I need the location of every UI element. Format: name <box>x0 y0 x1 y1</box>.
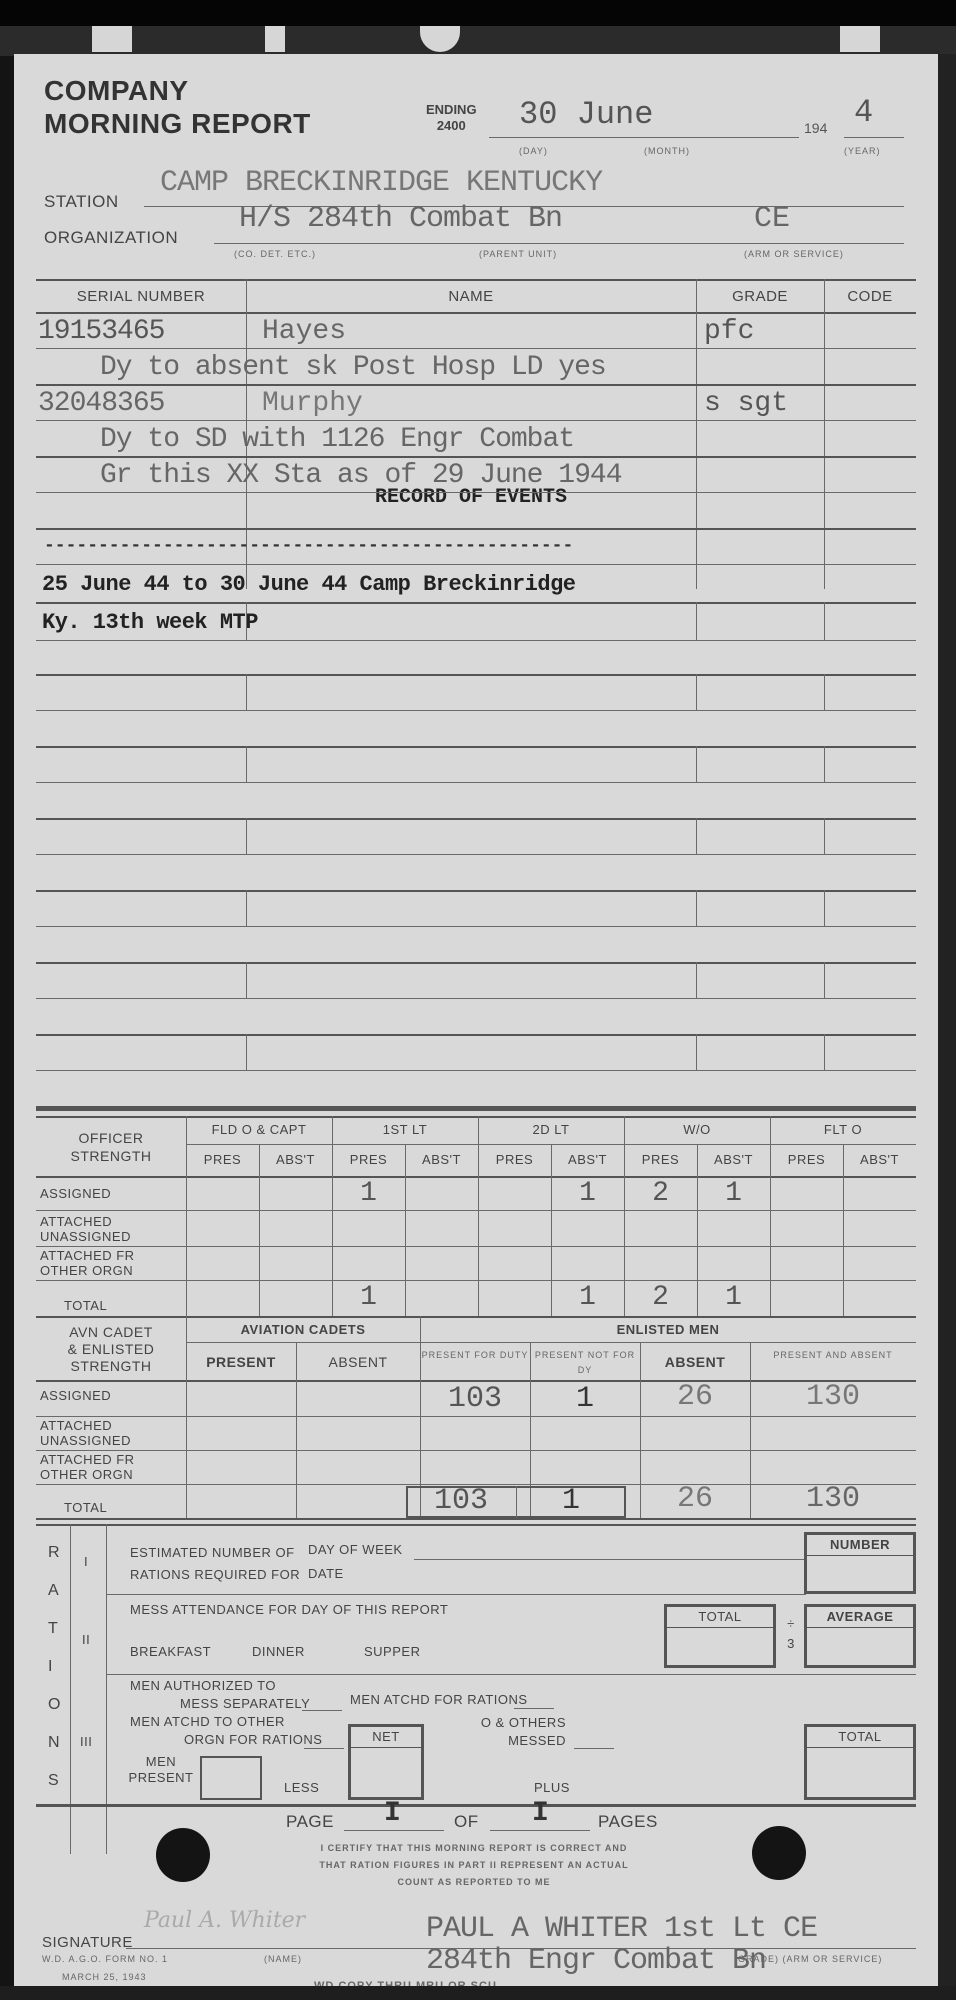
entry-serial[interactable]: 19153465 <box>38 316 164 347</box>
col-rule <box>186 1116 187 1316</box>
group-enlisted-men: ENLISTED MEN <box>420 1322 916 1337</box>
box-divider <box>351 1747 421 1748</box>
blank-line <box>574 1748 614 1749</box>
film-notch <box>92 26 132 52</box>
col-rule <box>824 674 825 710</box>
col-rule <box>246 1034 247 1070</box>
row-label-attached-fr-other: ATTACHED FR OTHER ORGN <box>40 1248 160 1278</box>
enlisted-bottom-rule <box>36 1518 916 1520</box>
sub-abst: ABS'T <box>697 1152 770 1167</box>
part-i-label-2: RATIONS REQUIRED FOR <box>130 1564 300 1586</box>
blank-row-rule <box>36 854 916 855</box>
col-rule <box>824 602 825 640</box>
col-rule-code <box>824 279 825 589</box>
certify-line-2: THAT RATION FIGURES IN PART II REPRESENT… <box>244 1857 704 1874</box>
blank-row-rule <box>36 746 916 748</box>
year-value[interactable]: 4 <box>854 94 873 131</box>
organization-label: ORGANIZATION <box>44 228 178 248</box>
entry-remark[interactable]: Dy to absent sk Post Hosp LD yes <box>100 352 606 383</box>
mess-attendance-label: MESS ATTENDANCE FOR DAY OF THIS REPORT <box>130 1602 448 1617</box>
net-box-label: NET <box>351 1729 421 1744</box>
name-caption: (NAME) <box>264 1954 302 1964</box>
sub-pres: PRES <box>624 1152 697 1167</box>
page-number[interactable]: I <box>384 1798 401 1829</box>
certify-line-3: COUNT AS REPORTED TO ME <box>244 1874 704 1891</box>
enlisted-title-2: & ENLISTED <box>36 1341 186 1358</box>
value-present-not-for-dy-assigned[interactable]: 1 <box>530 1382 640 1416</box>
col-rule <box>246 890 247 926</box>
film-notch <box>265 26 285 52</box>
mess-average-box[interactable]: AVERAGE <box>804 1604 916 1668</box>
certify-line-1: I CERTIFY THAT THIS MORNING REPORT IS CO… <box>244 1840 704 1857</box>
year-prefix: 194 <box>804 120 827 136</box>
col-rule <box>824 890 825 926</box>
col-rule <box>770 1116 771 1316</box>
parent-unit-caption: (PARENT UNIT) <box>479 249 557 259</box>
punch-hole-left <box>156 1828 210 1882</box>
divisor: 3 <box>778 1634 804 1654</box>
film-border-top <box>0 0 956 26</box>
rations-letter: I <box>48 1658 53 1676</box>
col-rule <box>696 746 697 782</box>
ending-label: ENDING 2400 <box>426 102 477 134</box>
form-title-line1: COMPANY <box>44 74 311 107</box>
part-rule <box>106 1594 806 1595</box>
rations-letter: O <box>48 1696 61 1714</box>
part-i-label-1: ESTIMATED NUMBER OF <box>130 1542 300 1564</box>
station-label: STATION <box>44 192 119 212</box>
form-number: W.D. A.G.O. FORM NO. 1 <box>42 1954 168 1964</box>
sub-absent: ABSENT <box>640 1354 750 1370</box>
blank-row-rule <box>36 926 916 927</box>
part-rule <box>106 1674 916 1675</box>
box-divider <box>807 1627 913 1628</box>
group-aviation-cadets: AVIATION CADETS <box>186 1322 420 1337</box>
dash-separator: ----------------------------------------… <box>44 536 573 556</box>
enlisted-title-3: STRENGTH <box>36 1358 186 1375</box>
entry-serial[interactable]: 32048365 <box>38 388 164 419</box>
handwritten-signature: Paul A. Whiter <box>144 1908 305 1933</box>
average-box-label: AVERAGE <box>807 1609 913 1624</box>
rations-letter: A <box>48 1582 59 1600</box>
ending-label-1: ENDING <box>426 102 477 118</box>
sub-pres: PRES <box>478 1152 551 1167</box>
col-rule <box>186 1316 187 1518</box>
table-top-rule <box>36 279 916 281</box>
row-rule <box>36 492 916 493</box>
punch-hole-right <box>752 1826 806 1880</box>
breakfast-label: BREAKFAST <box>130 1644 211 1659</box>
col-rule <box>696 818 697 854</box>
blank-row-rule <box>36 962 916 964</box>
rations-letter: R <box>48 1544 60 1562</box>
men-atchd-other-label-1: MEN ATCHD TO OTHER <box>130 1714 285 1729</box>
organization-value[interactable]: H/S 284th Combat Bn <box>239 202 562 236</box>
blank-line <box>302 1710 342 1711</box>
form-date: MARCH 25, 1943 <box>62 1972 147 1982</box>
group-1st-lt: 1ST LT <box>332 1122 478 1137</box>
entry-remark[interactable]: Dy to SD with 1126 Engr Combat <box>100 424 574 455</box>
men-present-2: PRESENT <box>126 1770 196 1786</box>
morning-report-form: COMPANY MORNING REPORT ENDING 2400 30 Ju… <box>14 54 938 1986</box>
officer-bottom-rule <box>36 1316 916 1318</box>
net-box[interactable]: NET <box>348 1724 424 1800</box>
part-i-numeral: I <box>84 1554 88 1569</box>
value-absent-assigned[interactable]: 26 <box>640 1380 750 1414</box>
men-present-label: MEN PRESENT <box>126 1754 196 1786</box>
value-wo-abst-total[interactable]: 1 <box>697 1282 770 1313</box>
value-1st-lt-pres-assigned[interactable]: 1 <box>332 1178 405 1209</box>
row-label-attached-unassigned: ATTACHED UNASSIGNED <box>40 1418 160 1448</box>
group-flt-o: FLT O <box>770 1122 916 1137</box>
header-serial-number: SERIAL NUMBER <box>36 288 246 305</box>
ending-underline <box>489 137 799 138</box>
part-i-label: ESTIMATED NUMBER OF RATIONS REQUIRED FOR <box>130 1542 300 1586</box>
record-of-events-heading: RECORD OF EVENTS <box>246 486 696 509</box>
value-2d-lt-abst-assigned[interactable]: 1 <box>551 1178 624 1209</box>
officer-title-2: STRENGTH <box>36 1147 186 1165</box>
blank-row-rule <box>36 818 916 820</box>
entry-name[interactable]: Murphy <box>262 388 363 419</box>
event-line[interactable]: Ky. 13th week MTP <box>42 610 258 635</box>
station-value[interactable]: CAMP BRECKINRIDGE KENTUCKY <box>160 166 602 200</box>
signature-label: SIGNATURE <box>42 1934 133 1951</box>
row-rule <box>36 1246 916 1247</box>
row-label-total: TOTAL <box>64 1500 107 1515</box>
sub-present-not-for-dy: PRESENT NOT FOR DY <box>530 1348 640 1378</box>
men-present-1: MEN <box>126 1754 196 1770</box>
divide-by-three: ÷ 3 <box>778 1614 804 1654</box>
rations-top-rule <box>36 1524 916 1526</box>
ending-date-value[interactable]: 30 June <box>519 96 653 133</box>
rations-total-label: TOTAL <box>807 1729 913 1744</box>
header-grade: GRADE <box>696 288 824 305</box>
value-present-and-absent-assigned[interactable]: 130 <box>750 1380 916 1414</box>
col-rule <box>246 746 247 782</box>
blank-line <box>304 1748 344 1749</box>
officer-top-rule <box>36 1116 916 1118</box>
col-rule <box>478 1116 479 1316</box>
group-fld-o-capt: FLD O & CAPT <box>186 1122 332 1137</box>
month-caption: (MONTH) <box>644 146 690 156</box>
col-rule <box>246 962 247 998</box>
row-rule <box>36 456 916 458</box>
men-authorized-label-2: MESS SEPARATELY <box>180 1696 310 1711</box>
row-label-total: TOTAL <box>64 1298 107 1313</box>
value-present-not-for-dy-total[interactable]: 1 <box>516 1484 626 1518</box>
entry-name[interactable]: Hayes <box>262 316 346 347</box>
row-rule <box>36 602 916 604</box>
row-rule <box>36 640 916 641</box>
row-rule <box>36 1450 916 1451</box>
blank-row-rule <box>36 1034 916 1036</box>
rations-number-box[interactable]: NUMBER <box>804 1532 916 1594</box>
col-rule <box>696 602 697 640</box>
film-notch <box>840 26 880 52</box>
value-absent-total[interactable]: 26 <box>640 1482 750 1516</box>
sub-abst: ABS'T <box>259 1152 332 1167</box>
sub-abst: ABS'T <box>405 1152 478 1167</box>
part-ii-numeral: II <box>82 1632 90 1647</box>
less-label: LESS <box>284 1780 319 1795</box>
sub-abst: ABS'T <box>551 1152 624 1167</box>
sub-present-and-absent: PRESENT AND ABSENT <box>750 1348 916 1363</box>
col-rule-grade <box>696 279 697 589</box>
col-rule <box>824 746 825 782</box>
total-pages[interactable]: I <box>532 1798 549 1829</box>
box-divider <box>807 1555 913 1556</box>
date-label: DATE <box>308 1566 344 1581</box>
group-wo: W/O <box>624 1122 770 1137</box>
certification-text: I CERTIFY THAT THIS MORNING REPORT IS CO… <box>244 1840 704 1891</box>
pages-label: PAGES <box>598 1812 658 1832</box>
pages-underline <box>490 1830 590 1831</box>
col-rule <box>696 674 697 710</box>
header-name: NAME <box>246 288 696 305</box>
men-present-box[interactable] <box>200 1756 262 1800</box>
row-rule <box>36 528 916 530</box>
col-rule <box>405 1144 406 1316</box>
blank-row-rule <box>36 890 916 892</box>
film-band <box>0 26 956 56</box>
of-label: OF <box>454 1812 479 1832</box>
sub-cadets-absent: ABSENT <box>296 1354 420 1370</box>
sub-cadets-present: PRESENT <box>186 1354 296 1370</box>
film-border-bottom <box>0 1986 956 2000</box>
rations-total-box[interactable]: TOTAL <box>804 1724 916 1800</box>
arm-of-service-value[interactable]: CE <box>754 202 790 236</box>
blank-row-rule <box>36 1070 916 1071</box>
enlisted-title-1: AVN CADET <box>36 1324 186 1341</box>
enlisted-strength-title: AVN CADET & ENLISTED STRENGTH <box>36 1324 186 1375</box>
value-wo-pres-assigned[interactable]: 2 <box>624 1178 697 1209</box>
col-rule <box>246 674 247 710</box>
men-atchd-rations-label: MEN ATCHD FOR RATIONS <box>350 1692 528 1707</box>
day-of-week-line <box>414 1559 804 1560</box>
officer-strength-title: OFFICER STRENGTH <box>36 1129 186 1165</box>
value-present-for-duty-total[interactable]: 103 <box>406 1484 516 1518</box>
row-rule <box>36 420 916 421</box>
row-rule <box>36 384 916 386</box>
number-box-label: NUMBER <box>807 1537 913 1552</box>
sub-pres: PRES <box>332 1152 405 1167</box>
entry-grade[interactable]: pfc <box>704 316 754 347</box>
co-det-caption: (CO. DET. ETC.) <box>234 249 316 259</box>
men-atchd-other-label-2: ORGN FOR RATIONS <box>184 1732 322 1747</box>
men-authorized-label-1: MEN AUTHORIZED TO <box>130 1678 276 1693</box>
row-rule <box>36 1210 916 1211</box>
part-iii-numeral: III <box>80 1734 92 1749</box>
sub-present-for-duty: PRESENT FOR DUTY <box>420 1348 530 1363</box>
day-caption: (DAY) <box>519 146 548 156</box>
year-underline <box>844 137 904 138</box>
header-code: CODE <box>824 288 916 305</box>
value-present-for-duty-assigned[interactable]: 103 <box>420 1382 530 1416</box>
form-title: COMPANY MORNING REPORT <box>44 74 311 140</box>
others-label-2: MESSED <box>466 1732 566 1750</box>
row-label-assigned: ASSIGNED <box>40 1388 111 1403</box>
col-rule <box>296 1342 297 1518</box>
sub-pres: PRES <box>186 1152 259 1167</box>
day-of-week-label: DAY OF WEEK <box>308 1542 403 1557</box>
value-1st-lt-pres-total[interactable]: 1 <box>332 1282 405 1313</box>
row-rule <box>36 1280 916 1281</box>
signer-name: PAUL A WHITER 1st Lt CE <box>426 1912 817 1946</box>
rations-letter: T <box>48 1620 58 1638</box>
row-rule <box>36 348 916 349</box>
col-rule <box>696 962 697 998</box>
row-rule <box>36 564 916 565</box>
header-rule <box>36 312 916 314</box>
blank-row-rule <box>36 998 916 999</box>
col-rule <box>824 818 825 854</box>
col-rule <box>824 962 825 998</box>
col-rule <box>696 890 697 926</box>
section-rule <box>36 1108 916 1111</box>
group-2d-lt: 2D LT <box>478 1122 624 1137</box>
blank-row-rule <box>36 710 916 711</box>
row-label-attached-unassigned: ATTACHED UNASSIGNED <box>40 1214 160 1244</box>
officer-title-1: OFFICER <box>36 1129 186 1147</box>
organization-underline <box>214 243 904 244</box>
value-wo-pres-total[interactable]: 2 <box>624 1282 697 1313</box>
value-wo-abst-assigned[interactable]: 1 <box>697 1178 770 1209</box>
dinner-label: DINNER <box>252 1644 305 1659</box>
sub-abst: ABS'T <box>843 1152 916 1167</box>
page-underline <box>344 1830 444 1831</box>
signer-unit: 284th Engr Combat Bn <box>426 1944 766 1978</box>
mess-total-box[interactable]: TOTAL <box>664 1604 776 1668</box>
others-messed-label: O & OTHERS MESSED <box>466 1714 566 1750</box>
arm-caption: (ARM OR SERVICE) <box>744 249 844 259</box>
row-label-attached-fr-other: ATTACHED FR OTHER ORGN <box>40 1452 160 1482</box>
others-label-1: O & OTHERS <box>466 1714 566 1732</box>
row-label-assigned: ASSIGNED <box>40 1186 111 1201</box>
col-rule <box>843 1144 844 1316</box>
value-2d-lt-abst-total[interactable]: 1 <box>551 1282 624 1313</box>
plus-label: PLUS <box>534 1780 570 1795</box>
rations-bottom-rule <box>36 1804 916 1807</box>
ending-label-2: 2400 <box>426 118 477 134</box>
supper-label: SUPPER <box>364 1644 420 1659</box>
officer-header-rule <box>36 1176 916 1178</box>
blank-row-rule <box>36 674 916 676</box>
rations-letter: S <box>48 1772 59 1790</box>
sub-pres: PRES <box>770 1152 843 1167</box>
col-rule <box>259 1144 260 1316</box>
col-rule <box>246 818 247 854</box>
form-title-line2: MORNING REPORT <box>44 107 311 140</box>
box-divider <box>667 1627 773 1628</box>
blank-line <box>514 1708 554 1709</box>
page-label: PAGE <box>286 1812 334 1832</box>
col-rule <box>246 602 247 640</box>
entry-grade[interactable]: s sgt <box>704 388 788 419</box>
year-caption: (YEAR) <box>844 146 881 156</box>
blank-row-rule <box>36 782 916 783</box>
total-box-label: TOTAL <box>667 1609 773 1624</box>
col-rule <box>824 1034 825 1070</box>
event-line[interactable]: 25 June 44 to 30 June 44 Camp Breckinrid… <box>42 572 576 597</box>
col-rule <box>696 1034 697 1070</box>
box-divider <box>807 1747 913 1748</box>
divide-icon: ÷ <box>778 1614 804 1634</box>
row-rule <box>36 1416 916 1417</box>
rations-letter: N <box>48 1734 60 1752</box>
value-present-and-absent-total[interactable]: 130 <box>750 1482 916 1516</box>
